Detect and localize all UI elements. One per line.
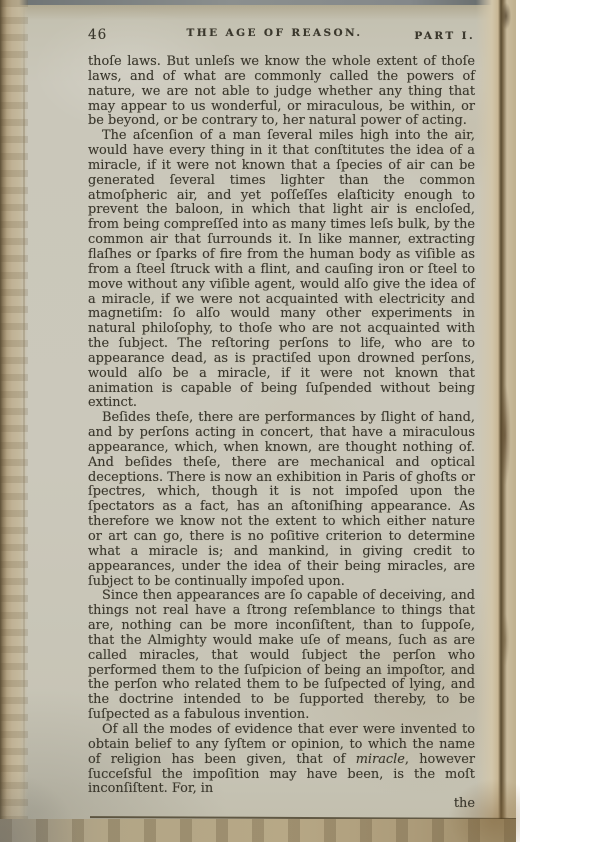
scanned-book-page-image: 46 THE AGE OF REASON. PART I. thoſe laws…	[0, 0, 595, 842]
right-edge-corner-stain	[499, 0, 513, 40]
running-header: 46 THE AGE OF REASON. PART I.	[88, 27, 475, 44]
paragraph: Of all the modes of evidence that ever w…	[88, 723, 475, 797]
printed-text-block: 46 THE AGE OF REASON. PART I. thoſe laws…	[88, 27, 475, 812]
part-label: PART I.	[414, 30, 475, 42]
paragraph: Since then appearances are ſo capable of…	[88, 589, 475, 723]
catchword: the	[88, 797, 475, 812]
italic-word-miracle: miracle	[356, 752, 405, 767]
body-text: thoſe laws. But unleſs we know the whole…	[88, 55, 475, 812]
right-edge-stain	[497, 360, 513, 510]
paragraph: Beſides theſe, there are performances by…	[88, 411, 475, 589]
page-number: 46	[88, 27, 107, 43]
right-edge-lower-stain	[498, 600, 512, 680]
page-top-edge-shading	[0, 5, 512, 21]
paragraph: The aſcenſion of a man ſeveral miles hig…	[88, 129, 475, 411]
running-title: THE AGE OF REASON.	[187, 27, 363, 39]
book-page-sheet: 46 THE AGE OF REASON. PART I. thoſe laws…	[0, 0, 516, 842]
paragraph-continuation: thoſe laws. But unleſs we know the whole…	[88, 55, 475, 129]
